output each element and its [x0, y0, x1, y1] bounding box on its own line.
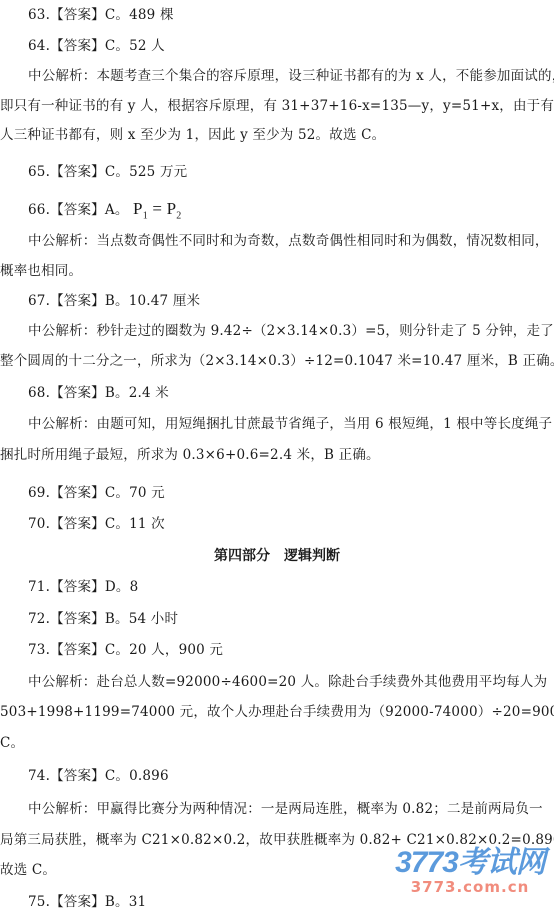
- explanation-74-line1: 中公解析：甲赢得比赛分为两种情况：一是两局连胜，概率为 0.82；二是前两局负一: [28, 800, 554, 818]
- answer-72: 72.【答案】B。54 小时: [28, 610, 554, 628]
- answer-71: 71.【答案】D。8: [28, 578, 554, 596]
- answer-67: 67.【答案】B。10.47 厘米: [28, 292, 554, 310]
- explanation-64-line2: 即只有一种证书的有 y 人，根据容斥原理，有 31+37+16-x=135—y，…: [0, 97, 554, 115]
- explanation-64-line3: 人三种证书都有，则 x 至少为 1，因此 y 至少为 52。故选 C。: [0, 126, 554, 144]
- answer-64: 64.【答案】C。52 人: [28, 37, 554, 55]
- explanation-66-line2: 概率也相同。: [0, 262, 554, 280]
- watermark-title: 3773考试网: [390, 848, 550, 878]
- answer-70: 70.【答案】C。11 次: [28, 515, 554, 533]
- watermark-url: 3773.com.cn: [390, 878, 550, 896]
- explanation-73-line3: C。: [0, 734, 554, 752]
- answer-74: 74.【答案】C。0.896: [28, 767, 554, 785]
- explanation-67-line1: 中公解析：秒针走过的圈数为 9.42÷（2×3.14×0.3）=5，则分针走了 …: [28, 322, 554, 340]
- explanation-68-line2: 捆扎时所用绳子最短，所求为 0.3×6+0.6=2.4 米，B 正确。: [0, 446, 554, 464]
- explanation-66-line1: 中公解析：当点数奇偶性不同时和为奇数，点数奇偶性相同时和为偶数，情况数相同，: [28, 232, 554, 250]
- explanation-67-line2: 整个圆周的十二分之一，所求为（2×3.14×0.3）÷12=0.1047 米=1…: [0, 352, 554, 370]
- answer-68: 68.【答案】B。2.4 米: [28, 384, 554, 402]
- section-heading: 第四部分 逻辑判断: [0, 547, 554, 565]
- explanation-68-line1: 中公解析：由题可知，用短绳捆扎甘蔗最节省绳子，当用 6 根短绳，1 根中等长度绳…: [28, 415, 554, 433]
- watermark-logo: 3773考试网 3773.com.cn: [390, 848, 550, 896]
- answer-69: 69.【答案】C。70 元: [28, 484, 554, 502]
- answer-63: 63.【答案】C。489 棵: [28, 6, 554, 24]
- answer-66-formula: P1 = P2: [133, 199, 181, 218]
- answer-66-label: 66.【答案】A。: [28, 202, 129, 218]
- answer-66: 66.【答案】A。 P1 = P2: [28, 200, 554, 225]
- answer-73: 73.【答案】C。20 人，900 元: [28, 641, 554, 659]
- explanation-64-line1: 中公解析：本题考查三个集合的容斥原理，设三种证书都有的为 x 人，不能参加面试的…: [28, 67, 554, 85]
- answer-65: 65.【答案】C。525 万元: [28, 163, 554, 181]
- explanation-73-line1: 中公解析：赴台总人数=92000÷4600=20 人。除赴台手续费外其他费用平均…: [28, 673, 554, 691]
- explanation-73-line2: 503+1998+1199=74000 元，故个人办理赴台手续费用为（92000…: [0, 703, 554, 721]
